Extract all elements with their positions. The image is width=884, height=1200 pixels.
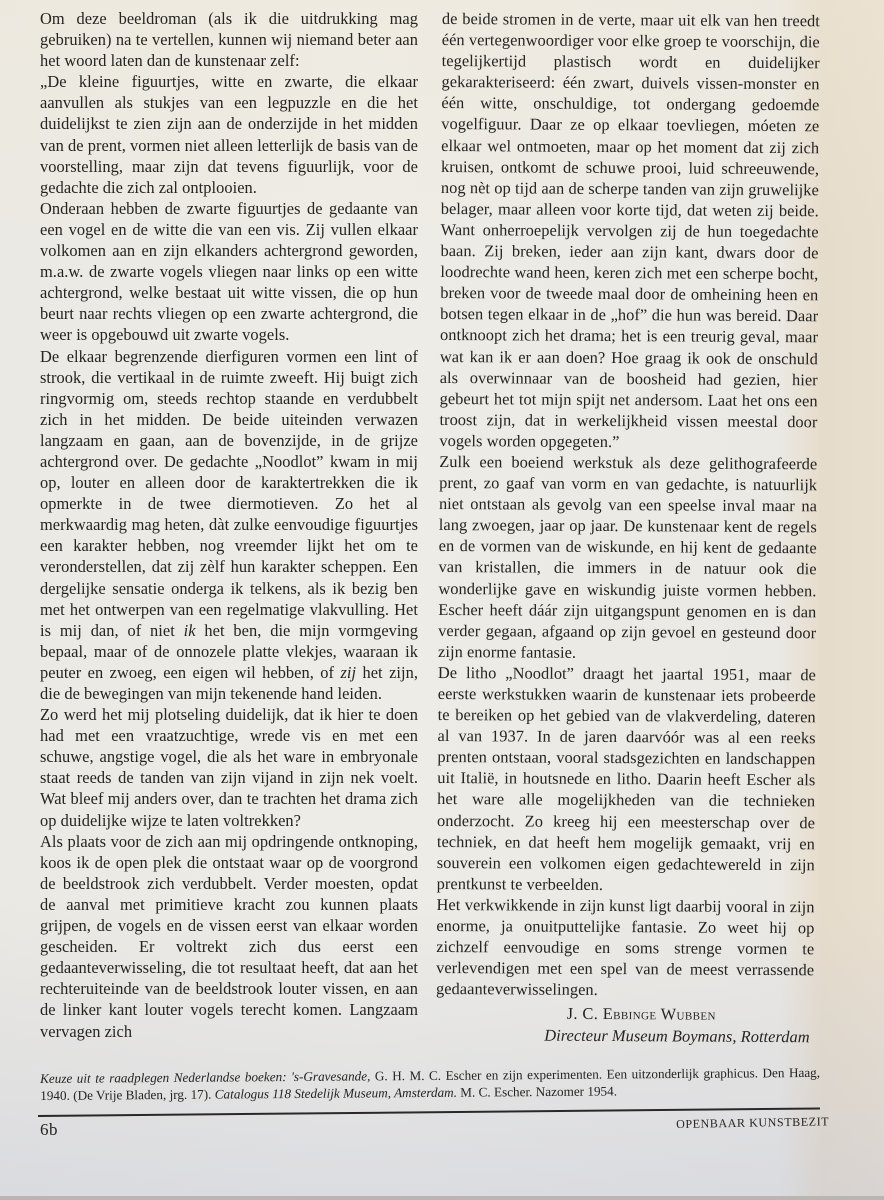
bibliography-part2: M. C. Escher. Nazomer 1954. (457, 1083, 617, 1099)
paragraph-quote-end: de beide stromen in de verte, maar uit e… (439, 8, 820, 453)
bibliography-catalog: Catalogus 118 Stedelijk Museum, Amsterda… (215, 1085, 457, 1102)
paragraph-birds-fish: Onderaan hebben de zwarte figuurtjes de … (40, 198, 418, 346)
paragraph-workpiece: Zulk een boeiend werkstuk als deze gelit… (438, 451, 817, 664)
publication-title: OPENBAAR KUNSTBEZIT (676, 1114, 829, 1132)
paragraph-strip-text-a: De elkaar begrenzende dierfiguren vormen… (40, 347, 418, 640)
author-name: J. C. Ebbinge Wubben (436, 1002, 810, 1025)
paragraph-denouement: Als plaats voor de zich aan mij opdringe… (40, 831, 418, 1042)
author-signature: J. C. Ebbinge Wubben Directeur Museum Bo… (436, 1002, 814, 1046)
page-bottom-edge (0, 1196, 884, 1200)
paragraph-strip: De elkaar begrenzende dierfiguren vormen… (40, 346, 418, 705)
paragraph-drama: Zo werd het mij plotseling duidelijk, da… (40, 704, 418, 831)
bibliography-intro: Keuze uit te raadplegen Nederlandse boek… (40, 1068, 370, 1086)
author-title: Directeur Museum Boymans, Rotterdam (436, 1023, 810, 1046)
paragraph-quote-start: „De kleine figuurtjes, witte en zwarte, … (40, 71, 418, 198)
paragraph-history: De litho „Noodlot” draagt het jaartal 19… (437, 662, 816, 896)
article-column-left: Om deze beeldroman (als ik die uitdrukki… (40, 8, 418, 1042)
page-number: 6b (40, 1120, 58, 1140)
emphasis-zij: zij (340, 663, 356, 682)
bibliography-note: Keuze uit te raadplegen Nederlandse boek… (40, 1064, 820, 1104)
emphasis-ik: ik (184, 621, 196, 640)
article-column-right: de beide stromen in de verte, maar uit e… (436, 8, 820, 1047)
paragraph-intro: Om deze beeldroman (als ik die uitdrukki… (40, 8, 418, 71)
paragraph-fantasy: Het verkwikkende in zijn kunst ligt daar… (436, 894, 815, 1002)
